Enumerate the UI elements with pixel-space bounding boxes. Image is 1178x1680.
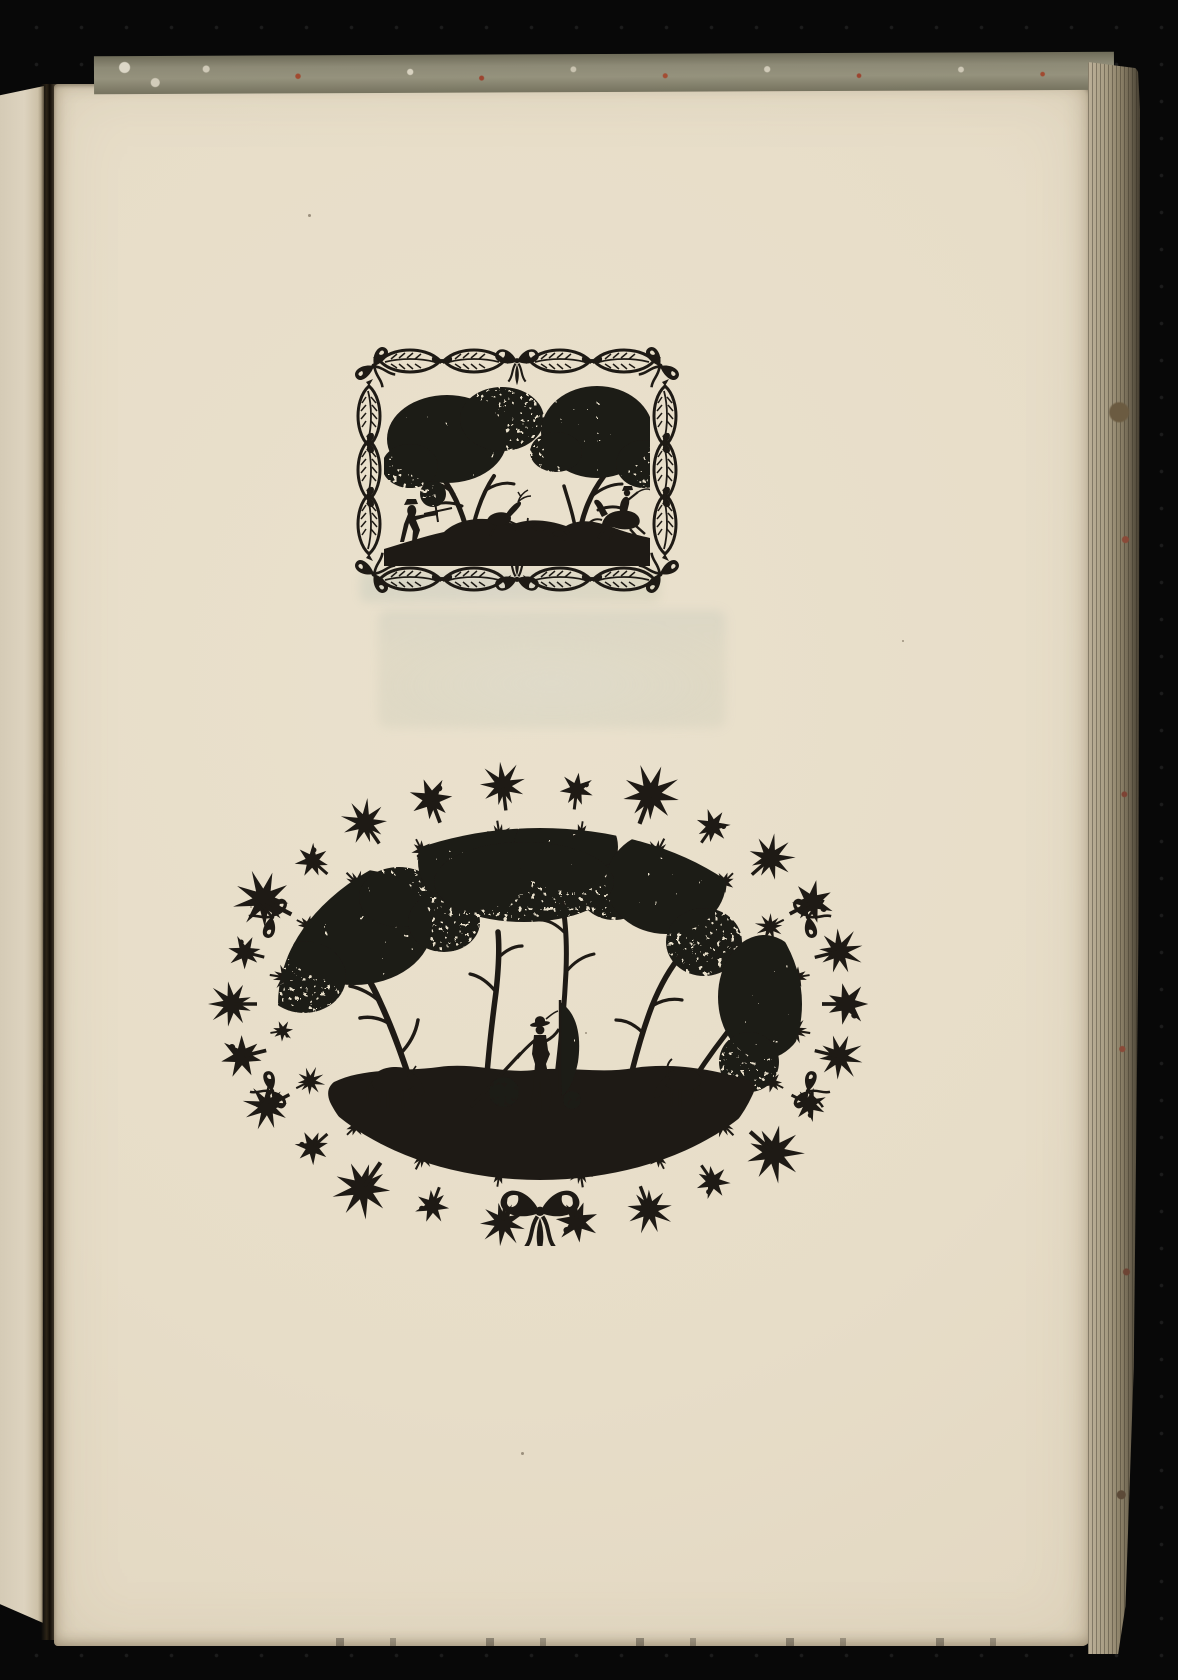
left-page-edge <box>0 86 44 1632</box>
paper-speck <box>521 1452 524 1455</box>
pastoral-scene-silhouette <box>204 762 876 1246</box>
bottom-edge-wear <box>300 1638 1020 1647</box>
tree-right <box>530 386 672 542</box>
paper-speck <box>308 214 311 217</box>
paper-speck <box>902 640 904 642</box>
book-top-edge <box>94 52 1114 94</box>
hunting-scene-silhouette <box>352 344 682 596</box>
hunting-scene <box>382 386 672 566</box>
book-photograph: { "scene": { "description": "Photograph … <box>0 0 1178 1680</box>
pastoral-scene <box>262 803 810 1192</box>
page-show-through <box>378 610 726 728</box>
